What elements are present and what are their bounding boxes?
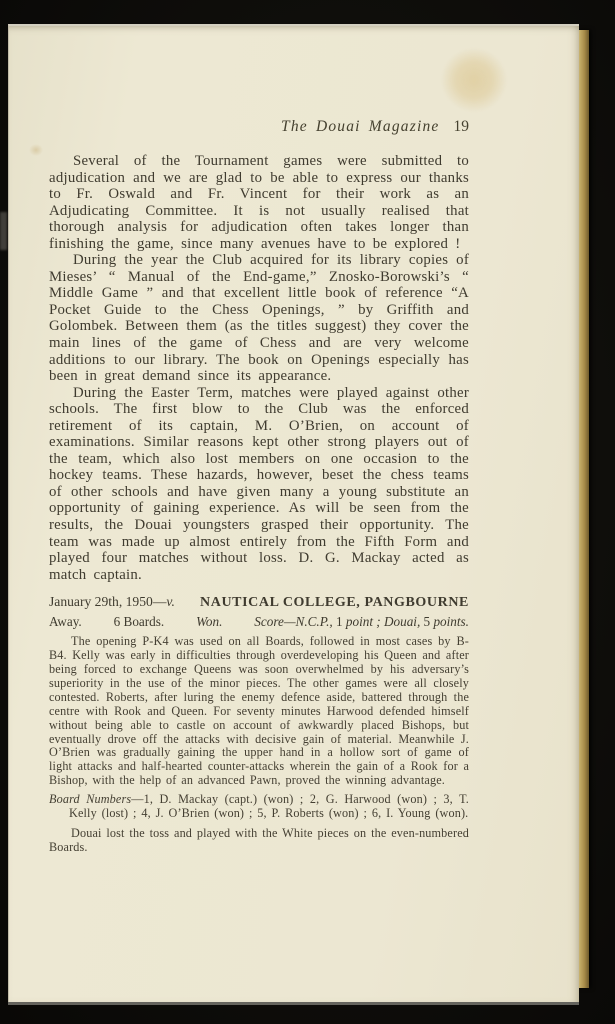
match-heading: January 29th, 1950—v. NAUTICAL COLLEGE, …: [49, 593, 469, 611]
body-paragraph-easter-term: During the Easter Term, matches were pla…: [49, 385, 469, 584]
score-label: Score—N.C.P.,: [254, 614, 332, 629]
match-venue: Away.: [49, 614, 82, 630]
match-score-line: Away. 6 Boards. Won. Score—N.C.P., 1 poi…: [49, 614, 469, 630]
points-word: points.: [433, 614, 469, 629]
douai-score: 5: [424, 614, 431, 629]
magazine-title: The Douai Magazine: [281, 118, 439, 135]
page-content: The Douai Magazine19 Several of the Tour…: [49, 26, 469, 855]
match-versus: v.: [166, 594, 174, 609]
match-date: January 29th, 1950—: [49, 594, 166, 609]
body-paragraph-adjudication: Several of the Tournament games were sub…: [49, 153, 469, 252]
ncp-score: 1: [336, 614, 343, 629]
match-boards-count: 6 Boards.: [114, 614, 165, 630]
magazine-page: The Douai Magazine19 Several of the Tour…: [8, 24, 579, 1002]
body-paragraph-library: During the year the Club acquired for it…: [49, 252, 469, 384]
point-word: point ;: [346, 614, 381, 629]
match-opponent: NAUTICAL COLLEGE, PANGBOURNE: [200, 594, 469, 611]
toss-note: Douai lost the toss and played with the …: [49, 827, 469, 855]
match-date-group: January 29th, 1950—v.: [49, 593, 175, 610]
douai-label: Douai,: [384, 614, 420, 629]
running-header: The Douai Magazine19: [49, 118, 469, 136]
gutter-smudge: [0, 212, 7, 250]
page-stain-small: [29, 144, 43, 156]
match-score-detail: Score—N.C.P., 1 point ; Douai, 5 points.: [254, 614, 469, 630]
page-number: 19: [454, 118, 470, 135]
match-report: The opening P-K4 was used on all Boards,…: [49, 635, 469, 788]
match-result: Won.: [196, 614, 222, 630]
board-numbers-label: Board Numbers: [49, 792, 131, 806]
board-numbers: Board Numbers—1, D. Mackay (capt.) (won)…: [49, 793, 469, 821]
